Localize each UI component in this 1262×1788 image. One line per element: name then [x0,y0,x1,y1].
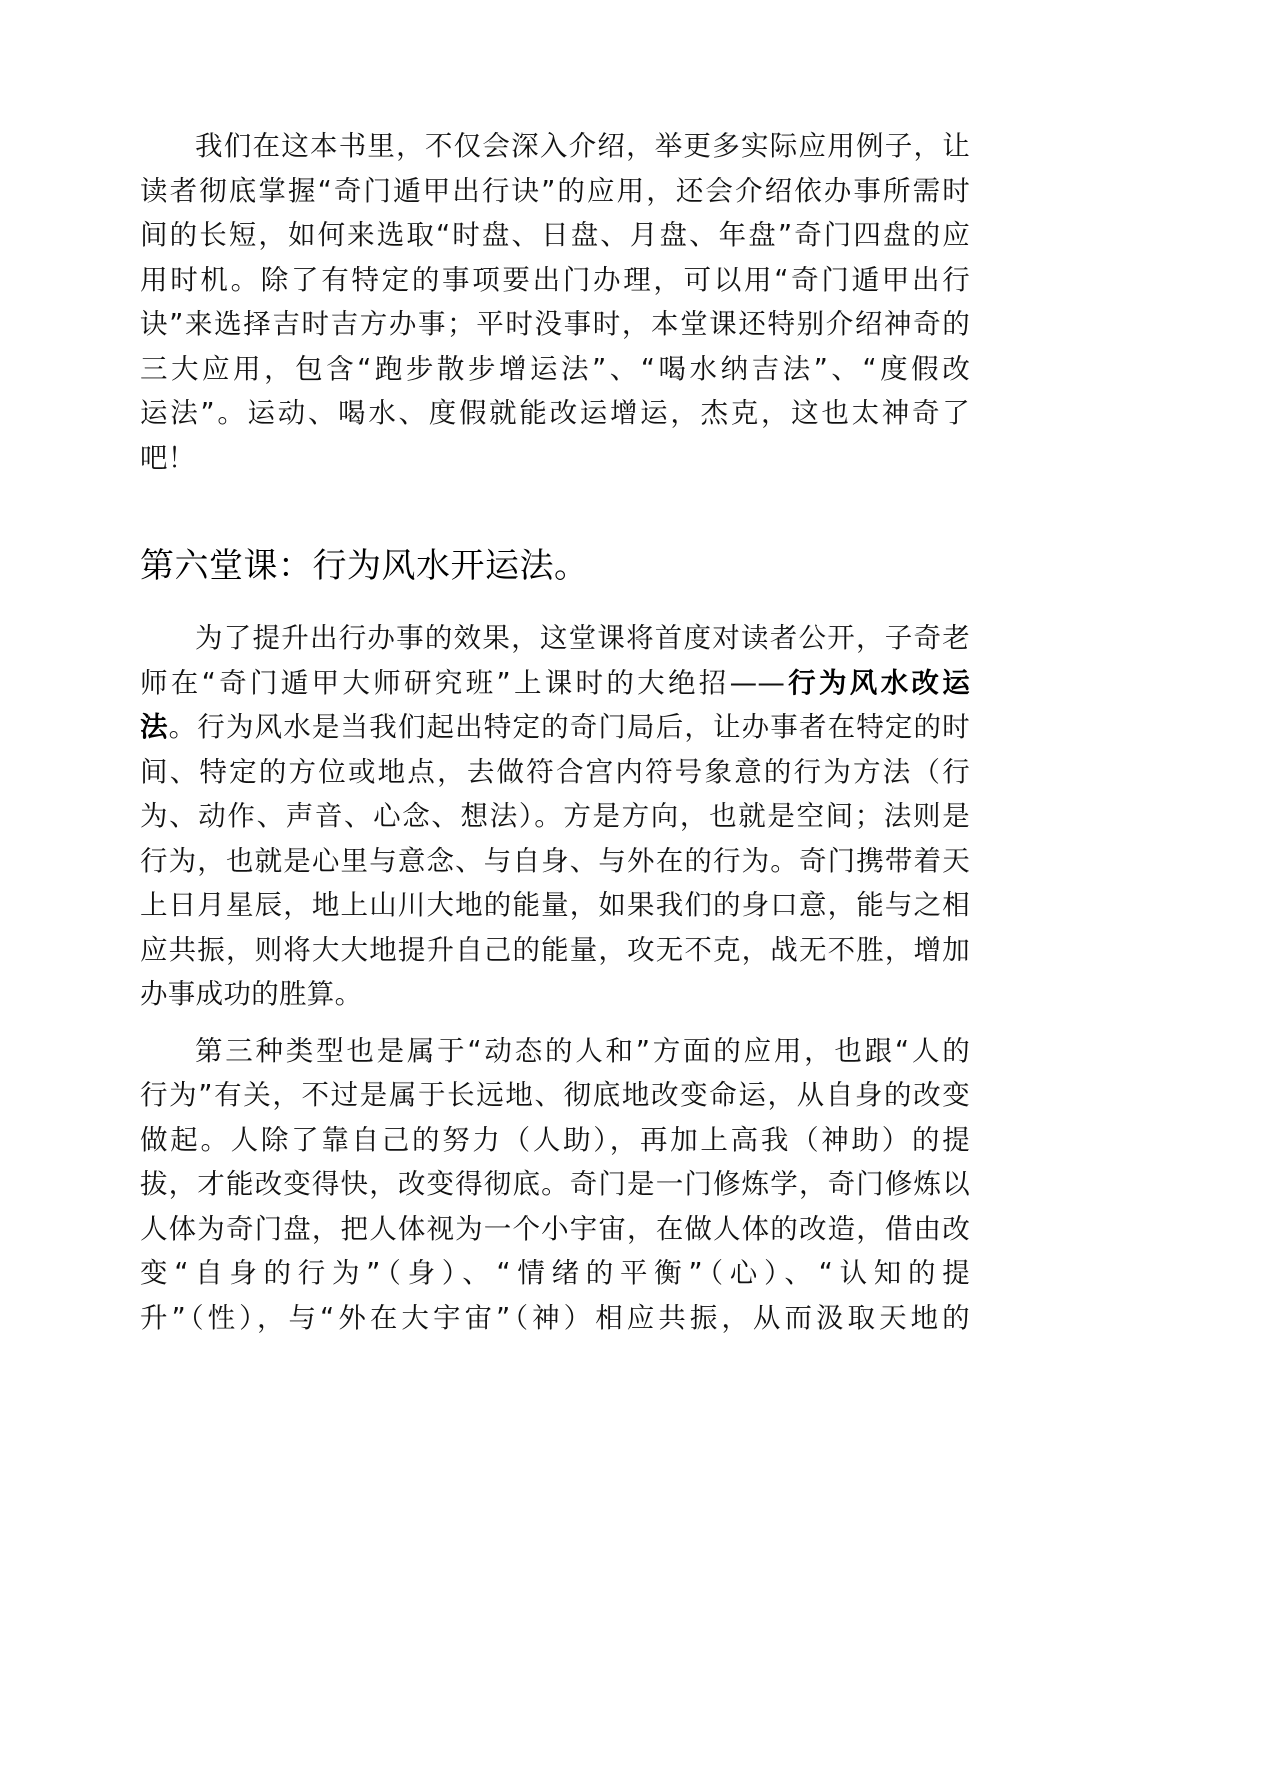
text-line: 行为，也就是心里与意念、与自身、与外在的行为。奇门携带着天 [140,839,970,884]
text-line: 吧！ [140,436,970,481]
text-line: 拔，才能改变得快，改变得彻底。奇门是一门修炼学，奇门修炼以 [140,1162,970,1207]
text-line: 人体为奇门盘，把人体视为一个小宇宙，在做人体的改造，借由改 [140,1207,970,1252]
text-line: 三大应用，包含“跑步散步增运法”、“喝水纳吉法”、“度假改 [140,347,970,392]
text-segment: 师在“奇门遁甲大师研究班”上课时的大绝招—— [140,667,785,699]
text-line: 变“自身的行为”（身）、“情绪的平衡”（心）、“认知的提 [140,1251,970,1296]
text-line: 升”（性），与“外在大宇宙”（神）相应共振，从而汲取天地的 [140,1296,970,1341]
behavior-fengshui-paragraph: 为了提升出行办事的效果，这堂课将首度对读者公开，子奇老 师在“奇门遁甲大师研究班… [140,616,970,1017]
text-line: 第三种类型也是属于“动态的人和”方面的应用，也跟“人的 [140,1029,970,1074]
text-line: 诀”来选择吉时吉方办事；平时没事时，本堂课还特别介绍神奇的 [140,302,970,347]
text-line: 运法”。运动、喝水、度假就能改运增运，杰克，这也太神奇了 [140,391,970,436]
third-type-paragraph: 第三种类型也是属于“动态的人和”方面的应用，也跟“人的 行为”有关，不过是属于长… [140,1029,970,1341]
text-line: 办事成功的胜算。 [140,972,970,1017]
text-line: 做起。人除了靠自己的努力（人助），再加上高我（神助）的提 [140,1118,970,1163]
intro-paragraph: 我们在这本书里，不仅会深入介绍，举更多实际应用例子，让 读者彻底掌握“奇门遁甲出… [140,124,970,480]
text-line: 用时机。除了有特定的事项要出门办理，可以用“奇门遁甲出行 [140,258,970,303]
text-line: 应共振，则将大大地提升自己的能量，攻无不克，战无不胜，增加 [140,928,970,973]
bold-term: 行为风水改运 [785,667,970,699]
text-line: 读者彻底掌握“奇门遁甲出行诀”的应用，还会介绍依办事所需时 [140,169,970,214]
text-line: 上日月星辰，地上山川大地的能量，如果我们的身口意，能与之相 [140,883,970,928]
text-line: 间、特定的方位或地点，去做符合宫内符号象意的行为方法（行 [140,750,970,795]
text-line: 行为”有关，不过是属于长远地、彻底地改变命运，从自身的改变 [140,1073,970,1118]
text-segment: 。行为风水是当我们起出特定的奇门局后，让办事者在特定的时 [169,711,970,743]
section-heading: 第六堂课：行为风水开运法。 [140,544,970,588]
text-line: 法。行为风水是当我们起出特定的奇门局后，让办事者在特定的时 [140,705,970,750]
text-line: 师在“奇门遁甲大师研究班”上课时的大绝招——行为风水改运 [140,661,970,706]
text-line: 为、动作、声音、心念、想法）。方是方向，也就是空间；法则是 [140,794,970,839]
text-line: 为了提升出行办事的效果，这堂课将首度对读者公开，子奇老 [140,616,970,661]
document-page: 我们在这本书里，不仅会深入介绍，举更多实际应用例子，让 读者彻底掌握“奇门遁甲出… [140,124,970,1340]
bold-term: 法 [140,711,169,743]
text-line: 间的长短，如何来选取“时盘、日盘、月盘、年盘”奇门四盘的应 [140,213,970,258]
text-line: 我们在这本书里，不仅会深入介绍，举更多实际应用例子，让 [140,124,970,169]
